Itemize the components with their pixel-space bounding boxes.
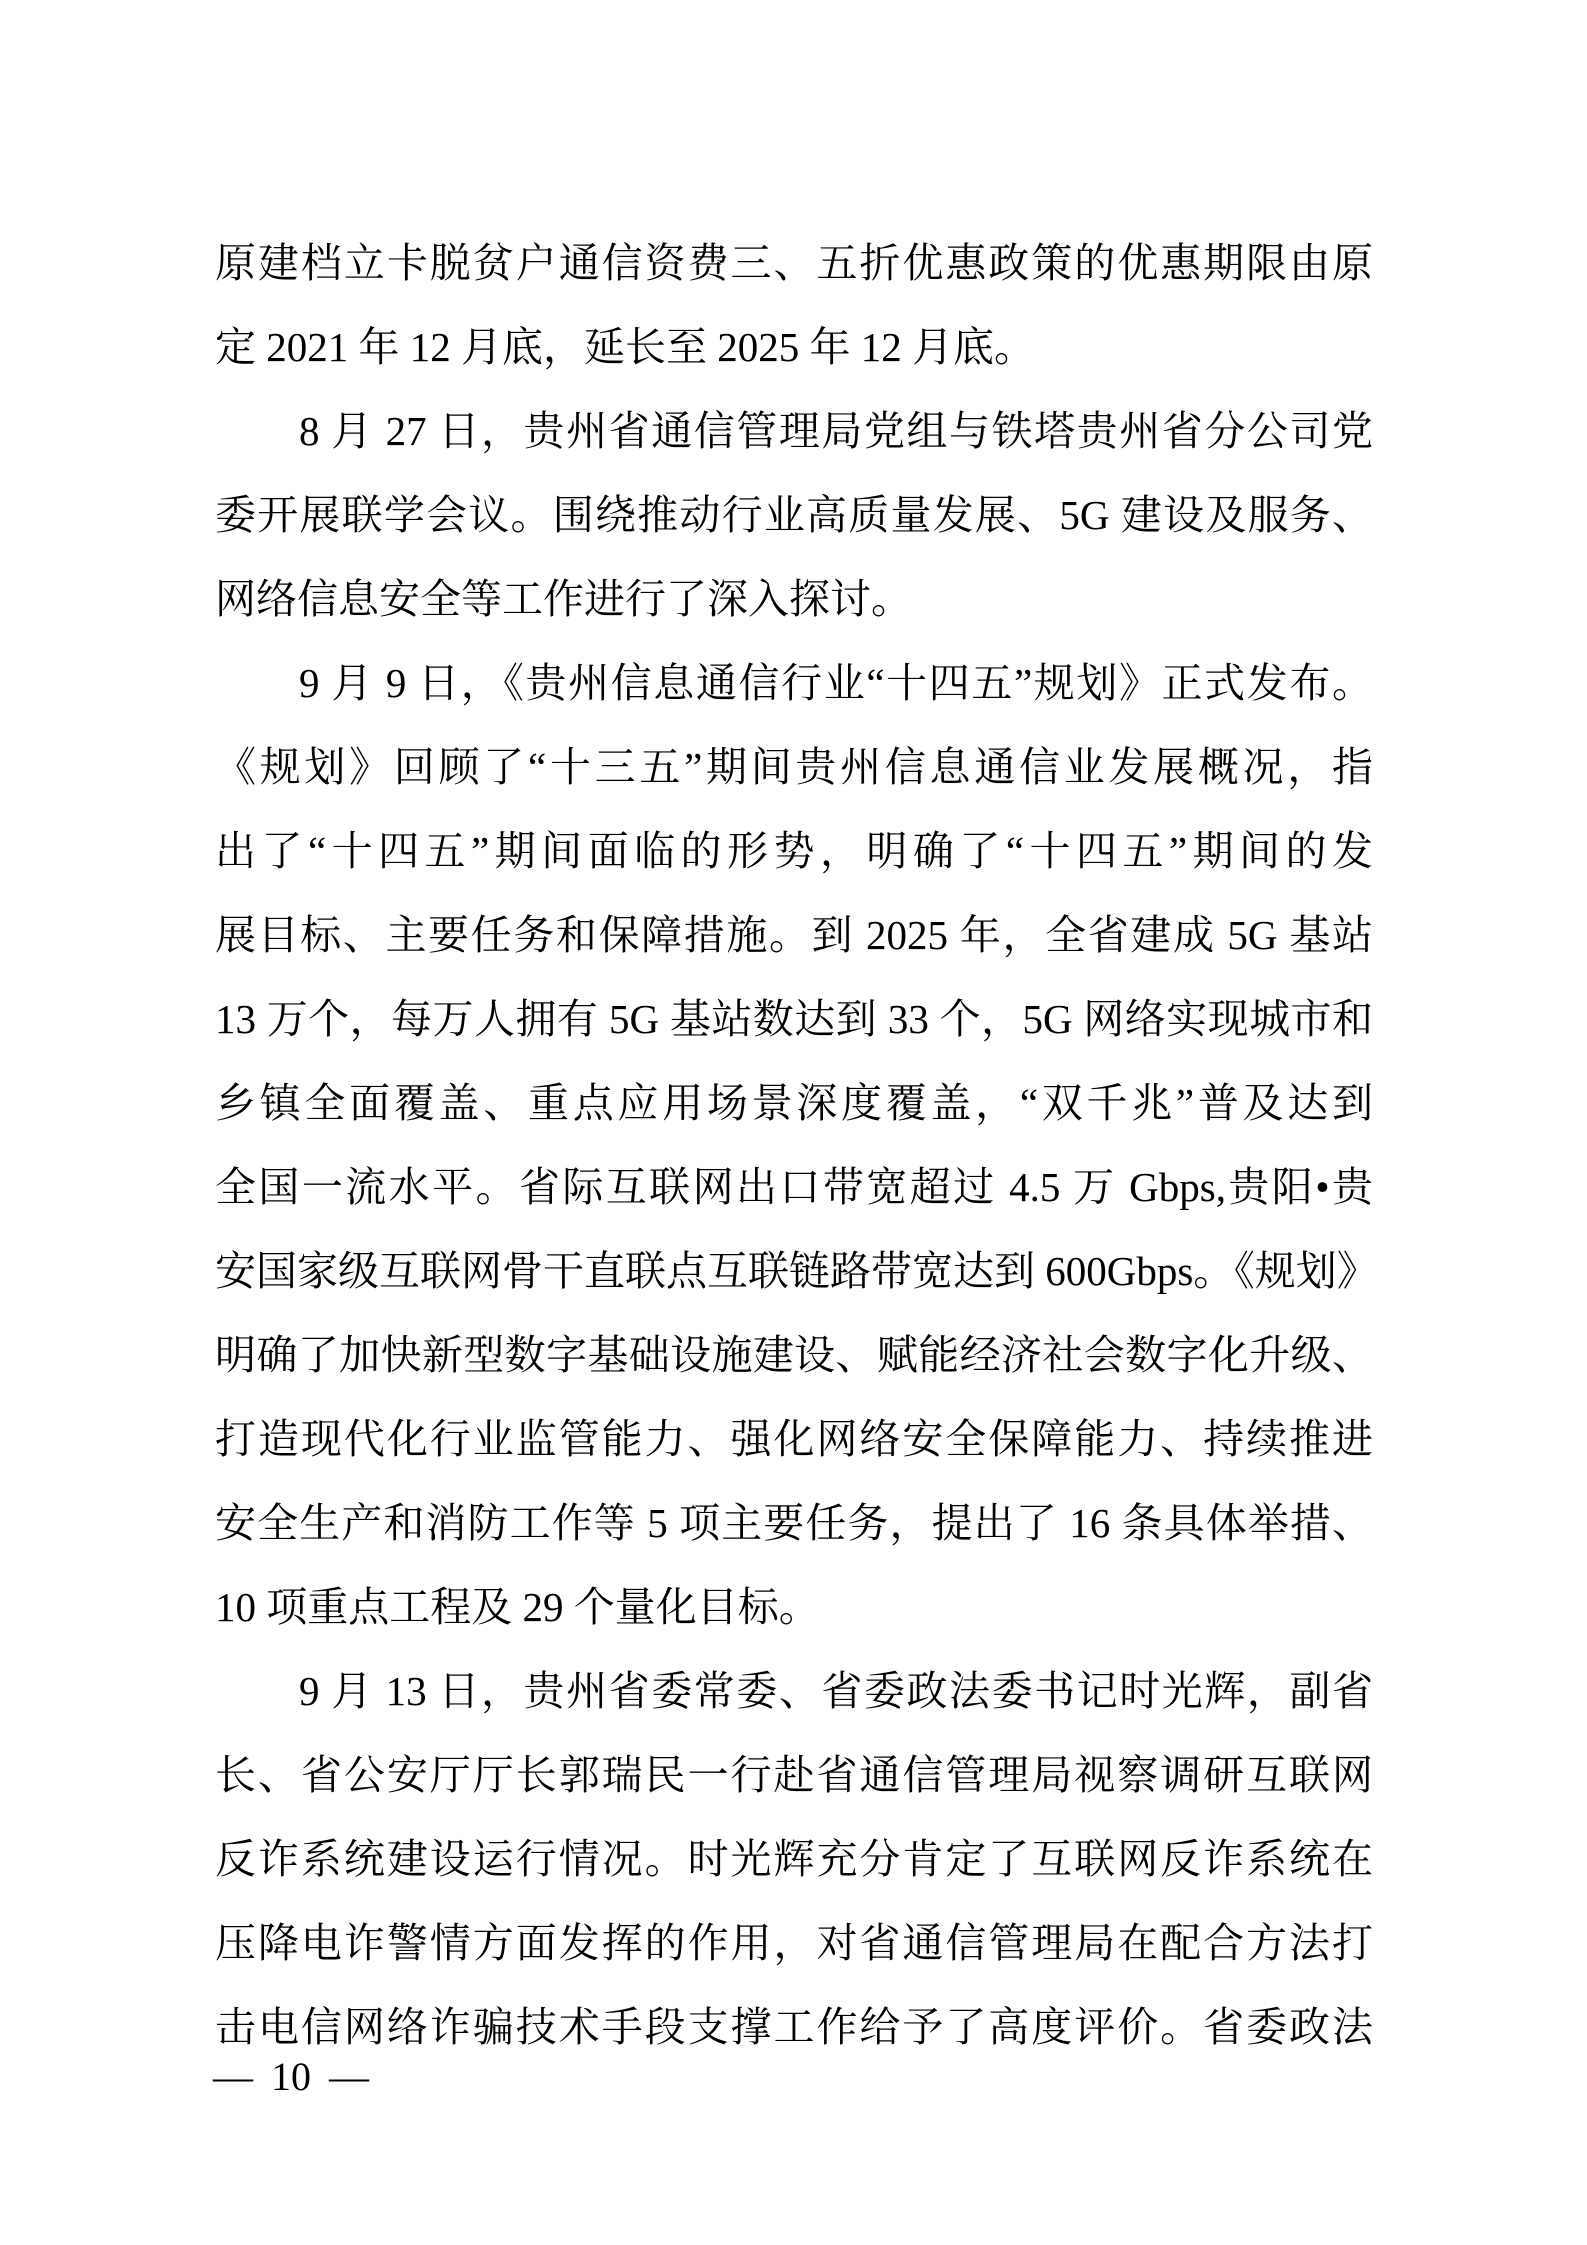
page-footer: —10— [213, 2055, 369, 2099]
text-line-14: 明确了加快新型数字基础设施建设、赋能经济社会数字化升级、 [215, 1313, 1373, 1397]
page-number: 10 [271, 2055, 311, 2099]
text-line-13: 安国家级互联网骨干直联点互联链路带宽达到 600Gbps。《规划》 [215, 1229, 1373, 1313]
text-line-4: 委开展联学会议。围绕推动行业高质量发展、5G 建设及服务、 [215, 473, 1373, 557]
document-page: 原建档立卡脱贫户通信资费三、五折优惠政策的优惠期限由原定 2021 年 12 月… [0, 0, 1587, 2245]
text-line-11: 乡镇全面覆盖、重点应用场景深度覆盖，“双千兆”普及达到 [215, 1061, 1373, 1145]
text-line-7: 《规划》回顾了“十三五”期间贵州信息通信业发展概况，指 [215, 725, 1373, 809]
text-line-8: 出了“十四五”期间面临的形势，明确了“十四五”期间的发 [215, 809, 1373, 893]
document-body: 原建档立卡脱贫户通信资费三、五折优惠政策的优惠期限由原定 2021 年 12 月… [215, 221, 1373, 2069]
text-line-18: 9 月 13 日，贵州省委常委、省委政法委书记时光辉，副省 [215, 1649, 1373, 1733]
text-line-21: 压降电诈警情方面发挥的作用，对省通信管理局在配合方法打 [215, 1901, 1373, 1985]
text-line-19: 长、省公安厅厅长郭瑞民一行赴省通信管理局视察调研互联网 [215, 1733, 1373, 1817]
text-line-3: 8 月 27 日，贵州省通信管理局党组与铁塔贵州省分公司党 [215, 389, 1373, 473]
footer-dash-right: — [329, 2055, 369, 2099]
text-line-22: 击电信网络诈骗技术手段支撑工作给予了高度评价。省委政法 [215, 1985, 1373, 2069]
text-line-16: 安全生产和消防工作等 5 项主要任务，提出了 16 条具体举措、 [215, 1481, 1373, 1565]
text-line-2: 定 2021 年 12 月底，延长至 2025 年 12 月底。 [215, 305, 1373, 389]
text-line-20: 反诈系统建设运行情况。时光辉充分肯定了互联网反诈系统在 [215, 1817, 1373, 1901]
text-line-10: 13 万个，每万人拥有 5G 基站数达到 33 个，5G 网络实现城市和 [215, 977, 1373, 1061]
footer-dash-left: — [213, 2055, 253, 2099]
text-line-9: 展目标、主要任务和保障措施。到 2025 年，全省建成 5G 基站 [215, 893, 1373, 977]
text-line-1: 原建档立卡脱贫户通信资费三、五折优惠政策的优惠期限由原 [215, 221, 1373, 305]
text-line-6: 9 月 9 日，《贵州信息通信行业“十四五”规划》正式发布。 [215, 641, 1373, 725]
text-line-17: 10 项重点工程及 29 个量化目标。 [215, 1565, 1373, 1649]
text-line-12: 全国一流水平。省际互联网出口带宽超过 4.5 万 Gbps,贵阳•贵 [215, 1145, 1373, 1229]
text-line-5: 网络信息安全等工作进行了深入探讨。 [215, 557, 1373, 641]
text-line-15: 打造现代化行业监管能力、强化网络安全保障能力、持续推进 [215, 1397, 1373, 1481]
